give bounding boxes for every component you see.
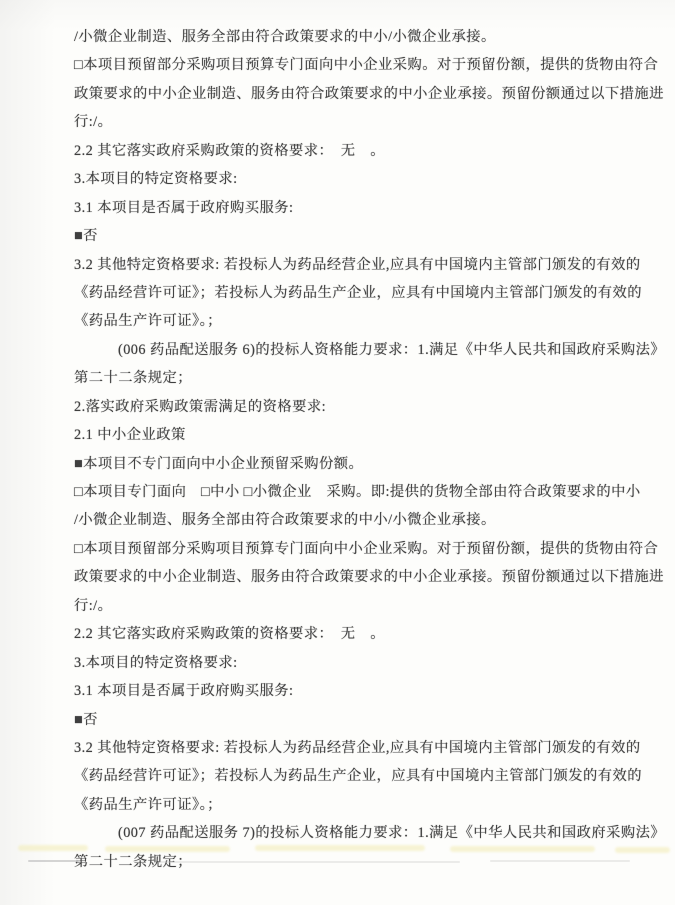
text-line: 3.2 其他特定资格要求: 若投标人为药品经营企业,应具有中国境内主管部门颁发的…: [74, 251, 625, 279]
text-line: 第二十二条规定；: [74, 364, 625, 392]
text-line: 《药品生产许可证》。；: [74, 791, 625, 819]
text-line: (006 药品配送服务 6)的投标人资格能力要求：1.满足《中华人民共和国政府采…: [74, 336, 625, 364]
text-line: /小微企业制造、服务全部由符合政策要求的中小/小微企业承接。: [74, 23, 625, 51]
text-line: 行:/。: [74, 592, 625, 620]
text-line: 政策要求的中小企业制造、服务由符合政策要求的中小企业承接。预留份额通过以下措施进: [74, 563, 625, 591]
text-line: ■否: [74, 222, 625, 250]
text-line: 《药品生产许可证》。；: [74, 307, 625, 335]
text-line: 2.落实政府采购政策需满足的资格要求:: [74, 393, 625, 421]
text-line: □本项目专门面向 □中小 □小微企业 采购。即:提供的货物全部由符合政策要求的中…: [74, 478, 625, 506]
text-line: 3.1 本项目是否属于政府购买服务:: [74, 194, 625, 222]
text-line: /小微企业制造、服务全部由符合政策要求的中小/小微企业承接。: [74, 506, 625, 534]
text-line: 3.2 其他特定资格要求: 若投标人为药品经营企业,应具有中国境内主管部门颁发的…: [74, 734, 625, 762]
text-line: 3.本项目的特定资格要求:: [74, 165, 625, 193]
text-line: 政策要求的中小企业制造、服务由符合政策要求的中小企业承接。预留份额通过以下措施进: [74, 80, 625, 108]
text-line: □本项目预留部分采购项目预算专门面向中小企业采购。对于预留份额，提供的货物由符合: [74, 51, 625, 79]
text-line: 行:/。: [74, 108, 625, 136]
text-line: ■否: [74, 706, 625, 734]
text-line: 3.本项目的特定资格要求:: [74, 649, 625, 677]
scanned-document-page: /小微企业制造、服务全部由符合政策要求的中小/小微企业承接。□本项目预留部分采购…: [0, 0, 675, 905]
text-line: 2.2 其它落实政府采购政策的资格要求： 无 。: [74, 620, 625, 648]
text-line: 《药品经营许可证》；若投标人为药品生产企业，应具有中国境内主管部门颁发的有效的: [74, 279, 625, 307]
text-line: (007 药品配送服务 7)的投标人资格能力要求：1.满足《中华人民共和国政府采…: [74, 819, 625, 847]
text-line: □本项目预留部分采购项目预算专门面向中小企业采购。对于预留份额，提供的货物由符合: [74, 535, 625, 563]
text-line: 第二十二条规定；: [74, 848, 625, 876]
text-line: ■本项目不专门面向中小企业预留采购份额。: [74, 450, 625, 478]
text-line: 2.1 中小企业政策: [74, 421, 625, 449]
text-line: 2.2 其它落实政府采购政策的资格要求： 无 。: [74, 137, 625, 165]
text-line: 3.1 本项目是否属于政府购买服务:: [74, 677, 625, 705]
document-text-block: /小微企业制造、服务全部由符合政策要求的中小/小微企业承接。□本项目预留部分采购…: [0, 0, 675, 876]
text-line: 《药品经营许可证》；若投标人为药品生产企业，应具有中国境内主管部门颁发的有效的: [74, 762, 625, 790]
